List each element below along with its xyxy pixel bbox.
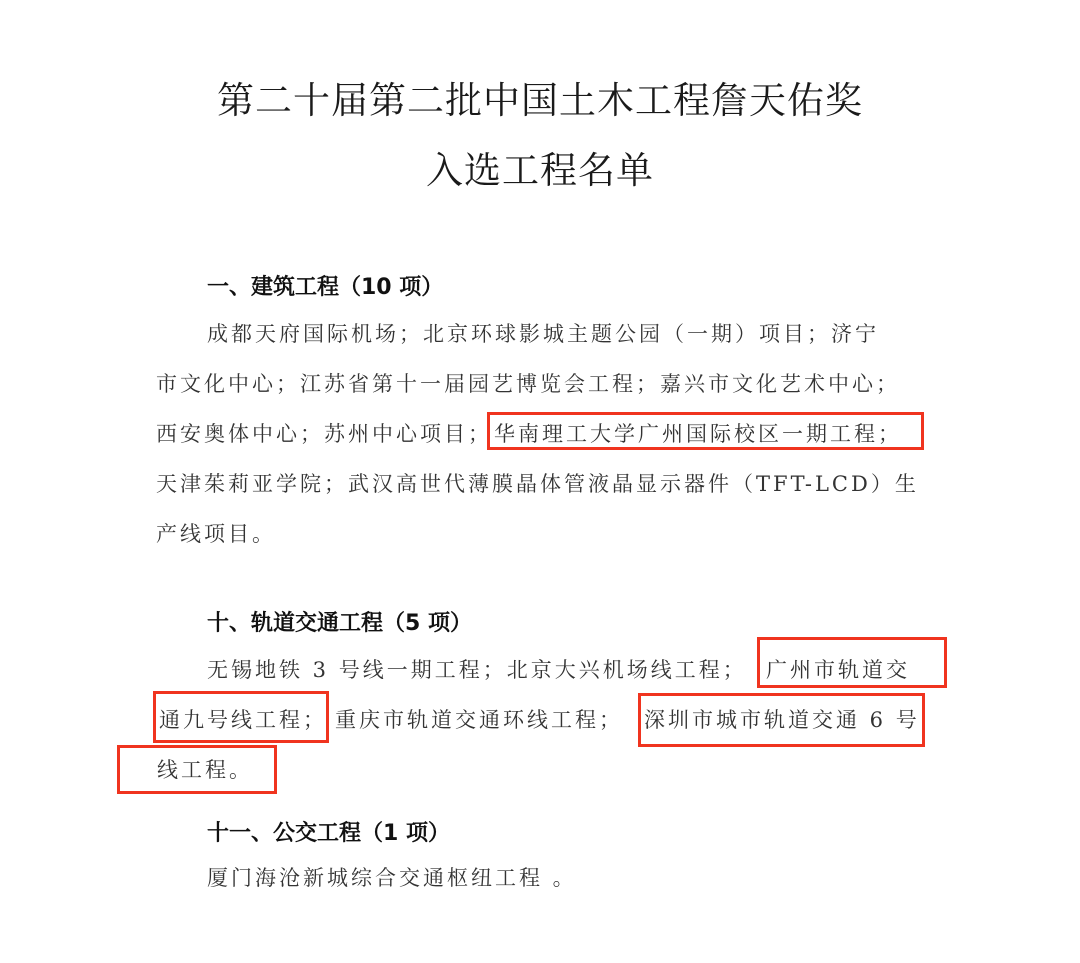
highlight-box (487, 412, 924, 450)
section-heading-public-transit: 十一、公交工程（1 项） (207, 816, 450, 847)
text-line: 成都天府国际机场；北京环球影城主题公园（一期）项目；济宁 (207, 318, 879, 348)
text-line: 天津茱莉亚学院；武汉高世代薄膜晶体管液晶显示器件（TFT-LCD）生 (156, 468, 919, 498)
highlight-box (117, 745, 277, 794)
highlight-box (638, 693, 925, 747)
text-line: 重庆市轨道交通环线工程； (335, 704, 623, 734)
document-title-line1: 第二十届第二批中国土木工程詹天佑奖 (0, 70, 1080, 124)
text-line: 厦门海沧新城综合交通枢纽工程 。 (207, 862, 577, 892)
section-heading-rail-transit: 十、轨道交通工程（5 项） (207, 606, 472, 637)
text-line: 无锡地铁 3 号线一期工程；北京大兴机场线工程； (207, 654, 747, 684)
text-line: 西安奥体中心；苏州中心项目； (156, 418, 492, 448)
document-title-line2: 入选工程名单 (0, 140, 1080, 194)
highlight-box (153, 691, 329, 743)
text-line: 市文化中心；江苏省第十一届园艺博览会工程；嘉兴市文化艺术中心； (156, 368, 900, 398)
text-line: 产线项目。 (156, 518, 276, 548)
highlight-box (757, 637, 947, 688)
section-heading-architecture: 一、建筑工程（10 项） (207, 270, 443, 301)
